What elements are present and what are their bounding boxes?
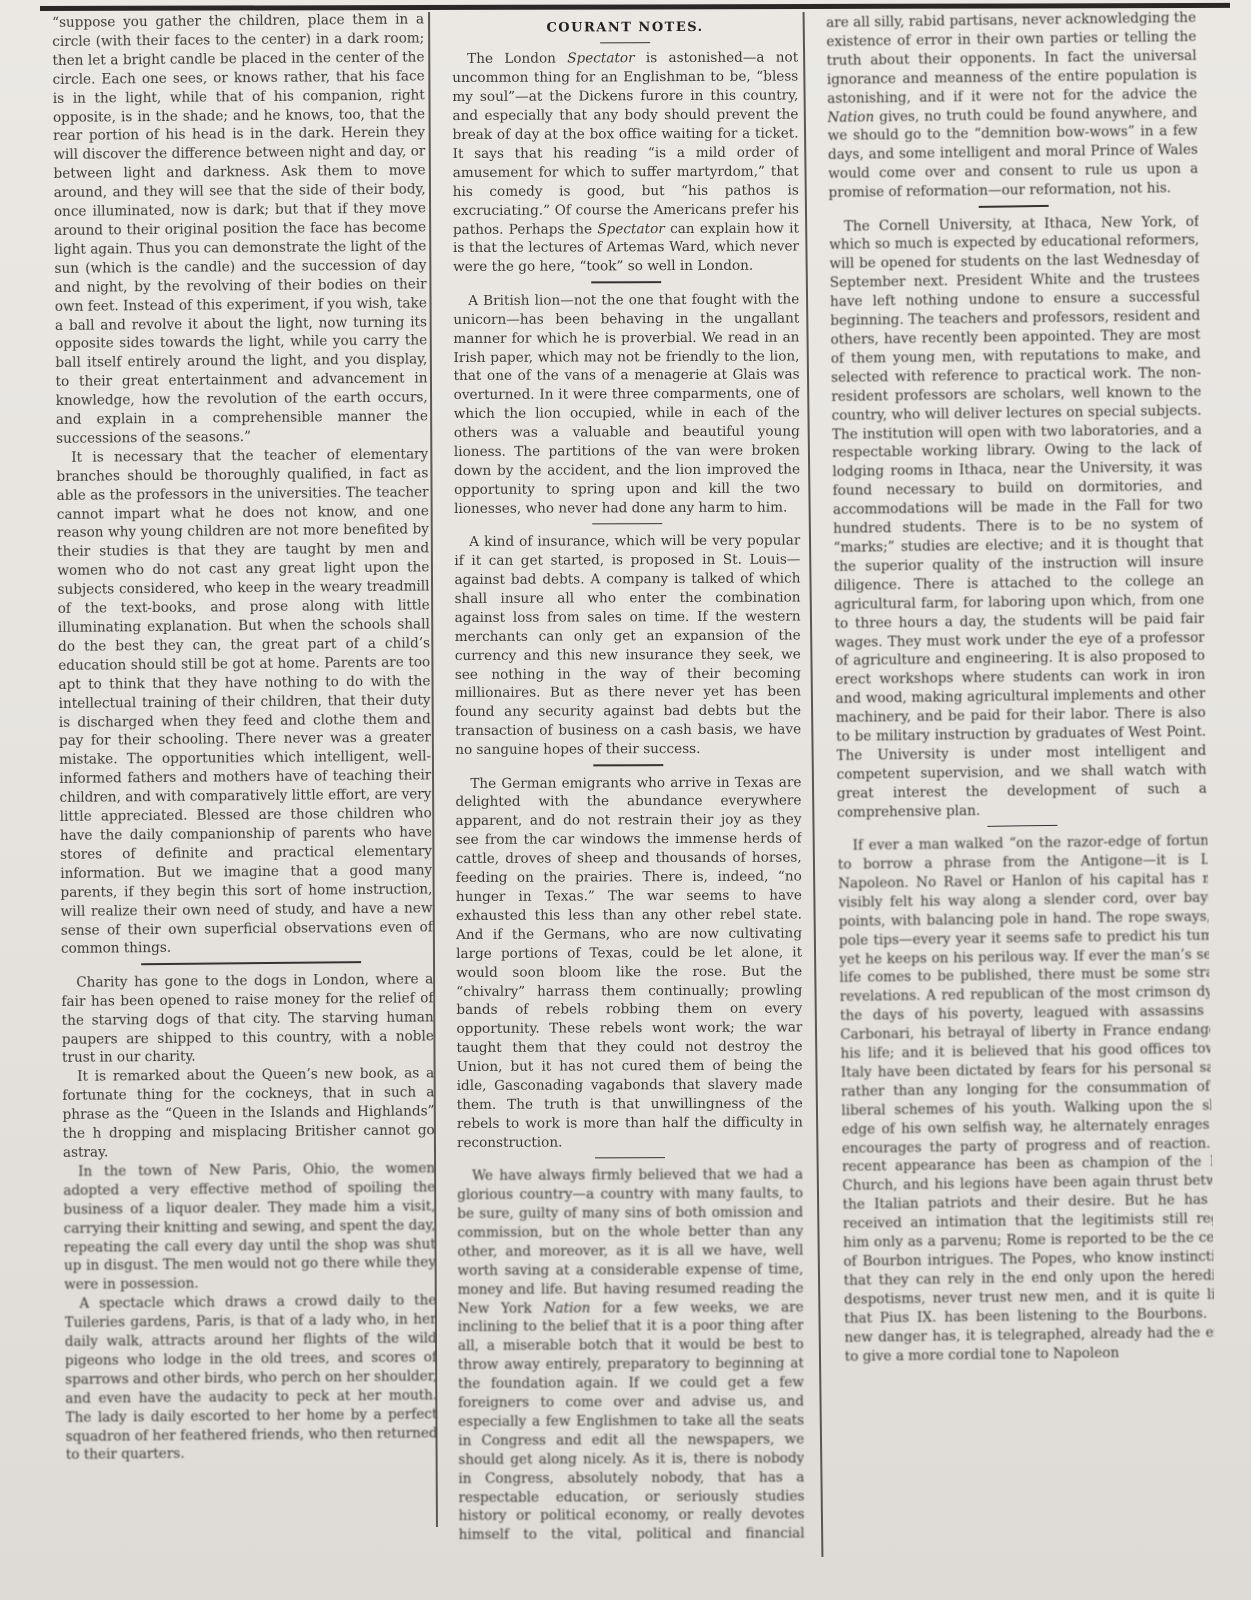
- text-run: are all silly, rabid partisans, never ac…: [826, 10, 1197, 107]
- article-paragraph-bad-debt-insurance: A kind of insurance, which will be very …: [454, 532, 801, 760]
- article-paragraph-continued-nation: are all silly, rabid partisans, never ac…: [826, 9, 1199, 203]
- text-run: for a few weeks, we are inclining to the…: [458, 1299, 805, 1544]
- section-divider: [592, 523, 662, 525]
- article-paragraph-home-astronomy-lesson: “suppose you gather the children, place …: [52, 10, 428, 448]
- article-paragraph-louis-napoleon: If ever a man walked “on the razor-edge …: [837, 831, 1217, 1366]
- heading-underline: [600, 42, 650, 44]
- article-paragraph-queens-book: It is remarked about the Queen’s new boo…: [62, 1065, 435, 1163]
- section-divider: [141, 961, 361, 965]
- article-paragraph-glorious-country: We have always firmly believed that we h…: [457, 1166, 805, 1544]
- section-divider: [591, 281, 661, 283]
- left-column: “suppose you gather the children, place …: [52, 10, 439, 1599]
- article-paragraph-tuileries-pigeons: A spectacle which draws a crowd daily to…: [64, 1292, 438, 1466]
- article-paragraph-charity-dogs: Charity has gone to the dogs in London, …: [61, 970, 434, 1068]
- article-paragraph-new-paris-ohio: In the town of New Paris, Ohio, the wome…: [63, 1159, 436, 1295]
- publication-name: Spectator: [597, 221, 664, 237]
- middle-column: COURANT NOTES. The London Spectator is a…: [452, 12, 805, 1543]
- article-paragraph-teacher-qualification: It is necessary that the teacher of elem…: [56, 445, 433, 959]
- section-divider: [593, 764, 663, 766]
- text-run: gives, no truth could be found anywhere,…: [828, 104, 1199, 201]
- section-divider: [987, 824, 1057, 826]
- section-divider: [595, 1157, 665, 1159]
- publication-name: Nation: [544, 1300, 591, 1316]
- publication-name: Spectator: [567, 51, 634, 67]
- masthead-rule: [40, 3, 1230, 11]
- article-paragraph-german-emigrants-texas: The German emigrants who arrive in Texas…: [455, 773, 803, 1153]
- text-run: We have always firmly believed that we h…: [457, 1167, 803, 1317]
- column-divider-right: [803, 12, 824, 1557]
- article-paragraph-british-lion: A British lion—not the one that fought w…: [453, 290, 800, 518]
- section-divider: [979, 205, 1049, 207]
- article-paragraph-dickens-spectator: The London Spectator is astonished—a not…: [452, 49, 799, 277]
- text-run: The London: [467, 51, 567, 67]
- publication-name: Nation: [827, 109, 874, 126]
- right-column: are all silly, rabid partisans, never ac…: [826, 9, 1218, 1574]
- section-heading: COURANT NOTES.: [452, 18, 798, 38]
- article-paragraph-cornell-university: The Cornell University, at Ithaca, New Y…: [829, 212, 1207, 822]
- text-run: is astonished—a not uncommon thing for a…: [452, 50, 799, 238]
- newspaper-page: “suppose you gather the children, place …: [0, 0, 1251, 1600]
